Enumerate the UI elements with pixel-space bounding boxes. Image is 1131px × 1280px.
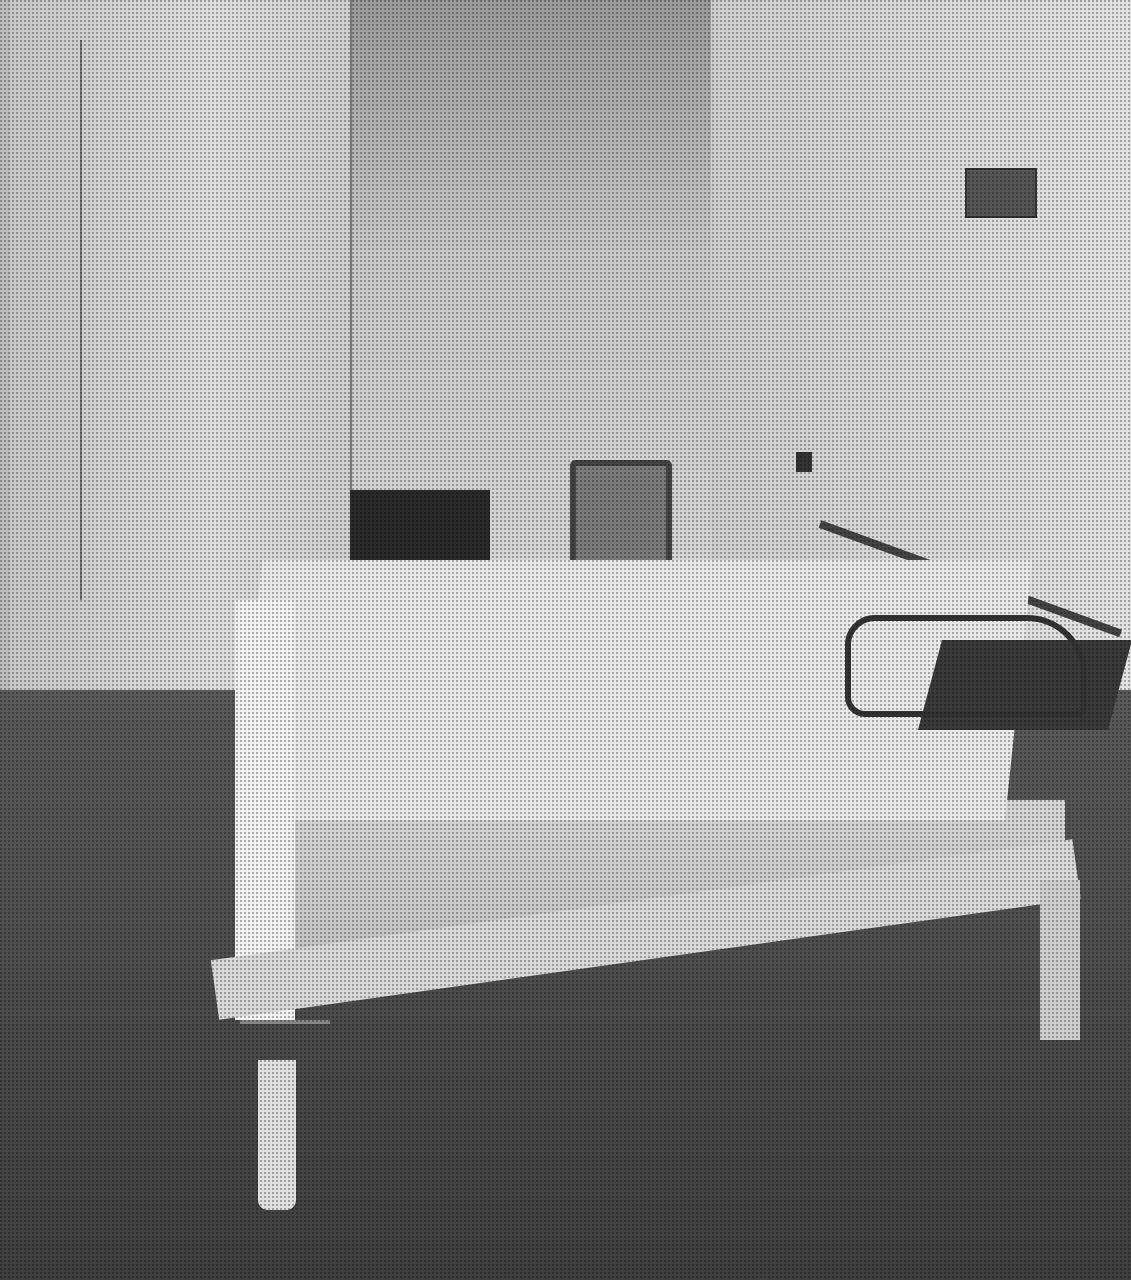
chair [570, 460, 672, 566]
photo-scene [0, 0, 1131, 1280]
mattress-edge [240, 990, 330, 1024]
cable [845, 615, 1087, 717]
wall-socket-icon [796, 452, 812, 472]
bed-leg-front [258, 1060, 296, 1210]
light-switch-icon [965, 168, 1037, 218]
bed-leg-back [1040, 880, 1080, 1040]
partition-seam [80, 40, 82, 600]
